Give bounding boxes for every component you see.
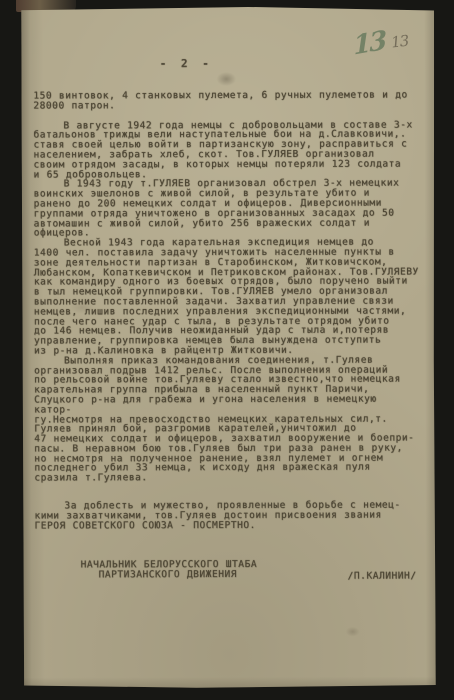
paragraph-spring-1943: Весной 1943 года карательная экспедиция … (34, 238, 420, 357)
scanned-document-view: 13 13 - 2 - 150 винтовок, 4 станковых пу… (0, 0, 454, 700)
paragraph-1943-trains: В 1943 году т.ГУЛЯЕВ организовал обстрел… (34, 179, 420, 239)
signature-block: НАЧАЛЬНИК БЕЛОРУССКОГО ШТАБА ПАРТИЗАНСКО… (35, 560, 421, 583)
paragraph-rail-war: Выполняя приказ командования соединения,… (34, 355, 420, 483)
signatory-title: НАЧАЛЬНИК БЕЛОРУССКОГО ШТАБА ПАРТИЗАНСКО… (81, 560, 258, 580)
page-number: - 2 - (21, 57, 351, 71)
handwritten-marks: 13 13 (353, 31, 408, 57)
signatory-name: /П.КАЛИНИН/ (348, 572, 417, 582)
paragraph-august-1942: В августе 1942 года немцы с добровольцам… (33, 120, 419, 180)
handwritten-number-pencil: 13 (390, 34, 409, 51)
paragraph-award-recommendation: За доблесть и мужество, проявленные в бо… (34, 501, 420, 531)
handwritten-number-green: 13 (353, 28, 386, 60)
paragraph-continuation: 150 винтовок, 4 станковых пулемета, 6 ру… (33, 90, 419, 111)
document-body: 150 винтовок, 4 станковых пулемета, 6 ру… (33, 90, 420, 582)
document-page: 13 13 - 2 - 150 винтовок, 4 станковых пу… (21, 6, 436, 689)
signatory-title-line2: ПАРТИЗАНСКОГО ДВИЖЕНИЯ (81, 570, 258, 580)
